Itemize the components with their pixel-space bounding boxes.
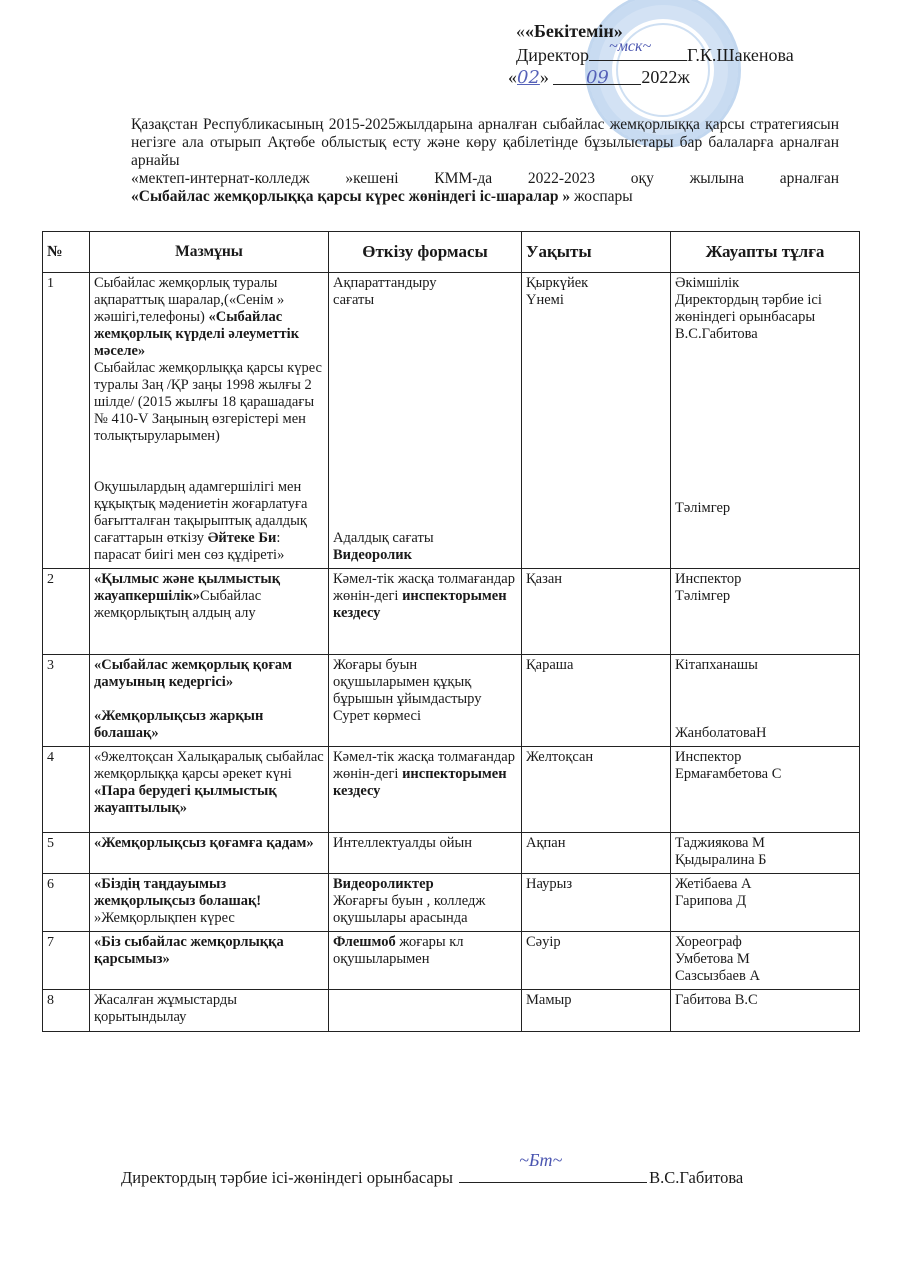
- row-form: Кәмел-тік жасқа толмағандар жөнін-дегі и…: [329, 747, 522, 833]
- table-row: 5 «Жемқорлықсыз қоғамға қадам» Интеллект…: [43, 833, 860, 874]
- director-name: Г.К.Шакенова: [687, 45, 794, 65]
- row-number: 3: [43, 655, 90, 747]
- row-content: «Сыбайлас жемқорлық қоғам дамуының кедер…: [90, 655, 329, 747]
- responsible-text: Директордың тәрбие ісі жөніндегі орынбас…: [675, 292, 855, 326]
- row-form: Интеллектуалды ойын: [329, 833, 522, 874]
- time-text: Қыркүйек: [526, 275, 666, 292]
- approval-block: ««Бекітемін» Директор~мск~Г.К.Шакенова «…: [513, 20, 794, 89]
- table-row: 4 «9желтоқсан Халықаралық сыбайлас жемқо…: [43, 747, 860, 833]
- header-time: Уақыты: [522, 232, 671, 273]
- table-row: 8 Жасалған жұмыстарды қорытындылау Мамыр…: [43, 990, 860, 1032]
- row-responsible: Инспектор Тәлімгер: [671, 569, 860, 655]
- content-law: Сыбайлас жемқорлыққа қарсы күрес туралы …: [94, 360, 322, 444]
- row-time: Қыркүйек Үнемі: [522, 273, 671, 569]
- row-form: ВидеороликтерЖоғарғы буын , колледж оқуш…: [329, 874, 522, 932]
- responsible-text: Умбетова М: [675, 951, 855, 968]
- row-form: Жоғары буын оқушыларымен құқық бұрышын ұ…: [329, 655, 522, 747]
- row-number: 8: [43, 990, 90, 1032]
- row-time: Қазан: [522, 569, 671, 655]
- table-header-row: № Мазмұны Өткізу формасы Уақыты Жауапты …: [43, 232, 860, 273]
- approval-heading: ««Бекітемін»: [516, 20, 794, 42]
- footer-signature-mark: ~Бт~: [519, 1150, 562, 1171]
- form-text: Адалдық сағаты: [333, 530, 517, 547]
- row-content: «Қылмыс және қылмыстық жауапкершілік»Сыб…: [90, 569, 329, 655]
- row-form: Флешмоб жоғары кл оқушыларымен: [329, 932, 522, 990]
- footer-signature: Директордың тәрбие ісі-жөніндегі орынбас…: [121, 1164, 743, 1188]
- row-number: 6: [43, 874, 90, 932]
- plan-title-tail: жоспары: [570, 188, 633, 205]
- row-form: Кәмел-тік жасқа толмағандар жөнін-дегі и…: [329, 569, 522, 655]
- date-quote-open: «: [508, 67, 517, 87]
- row-number: 2: [43, 569, 90, 655]
- row-form: [329, 990, 522, 1032]
- footer-label: Директордың тәрбие ісі-жөніндегі орынбас…: [121, 1168, 453, 1187]
- content-bold: «Пара берудегі қылмыстық жауаптылық»: [94, 783, 277, 816]
- row-number: 1: [43, 273, 90, 569]
- date-month-line: 09: [553, 66, 641, 85]
- responsible-text: Қыдыралина Б: [675, 852, 855, 869]
- table-row: 1 Сыбайлас жемқорлық туралы ақпараттық ш…: [43, 273, 860, 569]
- table-row: 6 «Біздің таңдауымыз жемқорлықсыз болаша…: [43, 874, 860, 932]
- table-row: 2 «Қылмыс және қылмыстық жауапкершілік»С…: [43, 569, 860, 655]
- document-intro: Қазақстан Республикасының 2015-2025жылда…: [131, 116, 839, 206]
- content-text: «9желтоқсан Халықаралық сыбайлас жемқорл…: [94, 749, 324, 782]
- row-responsible: Габитова В.С: [671, 990, 860, 1032]
- responsible-text: Инспектор: [675, 749, 855, 766]
- responsible-text: В.С.Габитова: [675, 326, 855, 343]
- header-number: №: [43, 232, 90, 273]
- row-responsible: Әкімшілік Директордың тәрбие ісі жөнінде…: [671, 273, 860, 569]
- responsible-text: Жетібаева А: [675, 876, 855, 893]
- responsible-text: Тәлімгер: [675, 588, 855, 605]
- date-day: 02: [517, 67, 540, 88]
- responsible-text: Гарипова Д: [675, 893, 855, 910]
- row-responsible: Хореограф Умбетова М Сазсызбаев А: [671, 932, 860, 990]
- responsible-text: Әкімшілік: [675, 275, 855, 292]
- responsible-text: Ермағамбетова С: [675, 766, 855, 783]
- header-responsible: Жауапты тұлға: [671, 232, 860, 273]
- content-bold: Әйтеке Би: [208, 530, 277, 546]
- responsible-text: Габитова В.С: [675, 992, 855, 1009]
- form-bold: Видеороликтер: [333, 876, 517, 893]
- table-row: 7 «Біз сыбайлас жемқорлыққа қарсымыз» Фл…: [43, 932, 860, 990]
- responsible-text: Кітапханашы: [675, 657, 855, 674]
- form-text: Ақпараттандыру сағаты: [333, 275, 453, 309]
- row-content: «Біздің таңдауымыз жемқорлықсыз болашақ!…: [90, 874, 329, 932]
- responsible-text: Сазсызбаев А: [675, 968, 855, 985]
- row-content: Сыбайлас жемқорлық туралы ақпараттық шар…: [90, 273, 329, 569]
- row-time: Мамыр: [522, 990, 671, 1032]
- activities-table: № Мазмұны Өткізу формасы Уақыты Жауапты …: [42, 231, 860, 1032]
- row-number: 7: [43, 932, 90, 990]
- row-time: Ақпан: [522, 833, 671, 874]
- form-bold: Флешмоб: [333, 934, 396, 950]
- director-signature: ~мск~: [609, 36, 651, 58]
- row-content: Жасалған жұмыстарды қорытындылау: [90, 990, 329, 1032]
- row-content: «9желтоқсан Халықаралық сыбайлас жемқорл…: [90, 747, 329, 833]
- intro-line-1: Қазақстан Республикасының 2015-2025жылда…: [131, 116, 839, 170]
- row-time: Сәуір: [522, 932, 671, 990]
- approval-date: «02» 092022ж: [508, 66, 794, 89]
- row-time: Желтоқсан: [522, 747, 671, 833]
- intro-line-2: «мектеп-интернат-колледж »кешені КММ-да …: [131, 170, 839, 188]
- director-label: Директор: [516, 45, 589, 65]
- row-responsible: Кітапханашы ЖанболатоваН: [671, 655, 860, 747]
- content-bold: «Біздің таңдауымыз жемқорлықсыз болашақ!: [94, 876, 324, 910]
- form-bold: Видеоролик: [333, 547, 517, 564]
- responsible-text: Таджиякова М: [675, 835, 855, 852]
- intro-title: «Сыбайлас жемқорлыққа қарсы күрес жөнінд…: [131, 188, 839, 206]
- header-content: Мазмұны: [90, 232, 329, 273]
- row-responsible: Жетібаева А Гарипова Д: [671, 874, 860, 932]
- date-year: 2022ж: [641, 67, 689, 87]
- responsible-text: Хореограф: [675, 934, 855, 951]
- director-signature-line: ~мск~: [589, 42, 687, 61]
- footer-signature-line: ~Бт~: [459, 1164, 647, 1183]
- content-text: »Жемқорлықпен күрес: [94, 910, 324, 927]
- responsible-text: ЖанболатоваН: [675, 725, 855, 742]
- row-content: «Біз сыбайлас жемқорлыққа қарсымыз»: [90, 932, 329, 990]
- row-responsible: Инспектор Ермағамбетова С: [671, 747, 860, 833]
- table-row: 3 «Сыбайлас жемқорлық қоғам дамуының кед…: [43, 655, 860, 747]
- row-content: «Жемқорлықсыз қоғамға қадам»: [90, 833, 329, 874]
- time-text: Үнемі: [526, 292, 666, 309]
- responsible-text: Тәлімгер: [675, 500, 855, 517]
- row-time: Қараша: [522, 655, 671, 747]
- form-text: Жоғарғы буын , колледж оқушылары арасынд…: [333, 893, 517, 927]
- row-form: Ақпараттандыру сағаты Адалдық сағаты Вид…: [329, 273, 522, 569]
- footer-name: В.С.Габитова: [649, 1168, 743, 1187]
- header-form: Өткізу формасы: [329, 232, 522, 273]
- date-quote-close: »: [540, 67, 549, 87]
- content-bold: «Жемқорлықсыз жарқын болашақ»: [94, 708, 324, 742]
- responsible-text: Инспектор: [675, 571, 855, 588]
- plan-title: «Сыбайлас жемқорлыққа қарсы күрес жөнінд…: [131, 188, 570, 205]
- row-responsible: Таджиякова М Қыдыралина Б: [671, 833, 860, 874]
- row-number: 5: [43, 833, 90, 874]
- row-number: 4: [43, 747, 90, 833]
- date-month: 09: [586, 67, 609, 88]
- content-bold: «Сыбайлас жемқорлық қоғам дамуының кедер…: [94, 657, 324, 691]
- row-time: Наурыз: [522, 874, 671, 932]
